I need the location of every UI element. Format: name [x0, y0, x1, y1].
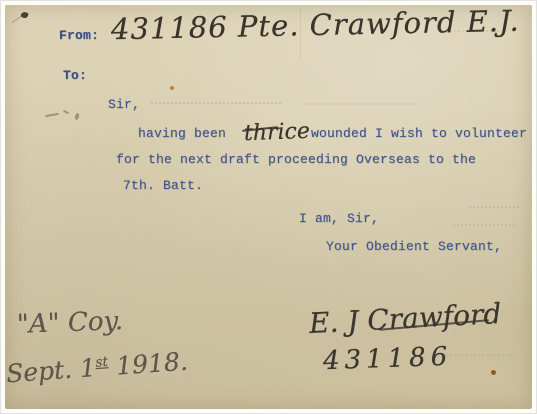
- to-label: To:: [63, 69, 87, 83]
- ink-showthrough-mark: [453, 224, 515, 226]
- signature-number: 431186: [323, 342, 453, 376]
- paper-fold-line: [300, 6, 301, 61]
- ink-showthrough-mark: [151, 102, 281, 104]
- body-line-2: for the next draft proceeding Overseas t…: [116, 153, 476, 167]
- ink-showthrough-mark: [439, 30, 499, 32]
- body-line-1-end: wounded I wish to volunteer: [311, 127, 527, 141]
- body-line-3: 7th. Batt.: [123, 179, 203, 193]
- body-line-1-start: having been: [138, 127, 226, 141]
- from-label: From:: [59, 29, 99, 43]
- ink-showthrough-mark: [469, 206, 519, 208]
- salutation: Sir,: [108, 98, 140, 112]
- ink-showthrough-mark: [306, 103, 416, 105]
- paper-background: [5, 5, 532, 409]
- closing-line-2: Your Obedient Servant,: [326, 240, 502, 254]
- handwritten-thrice: thrice: [244, 119, 311, 146]
- closing-line-1: I am, Sir,: [299, 212, 379, 226]
- company-note: "A" Coy.: [17, 306, 124, 340]
- stain-dot-orange: [170, 86, 174, 90]
- stain-dot-brown: [491, 370, 496, 375]
- date-suffix: 1918.: [107, 347, 188, 381]
- ink-showthrough-mark: [431, 354, 516, 356]
- scanned-letter: From: 431186 Pte. Crawford E.J. To: Sir,…: [0, 0, 537, 414]
